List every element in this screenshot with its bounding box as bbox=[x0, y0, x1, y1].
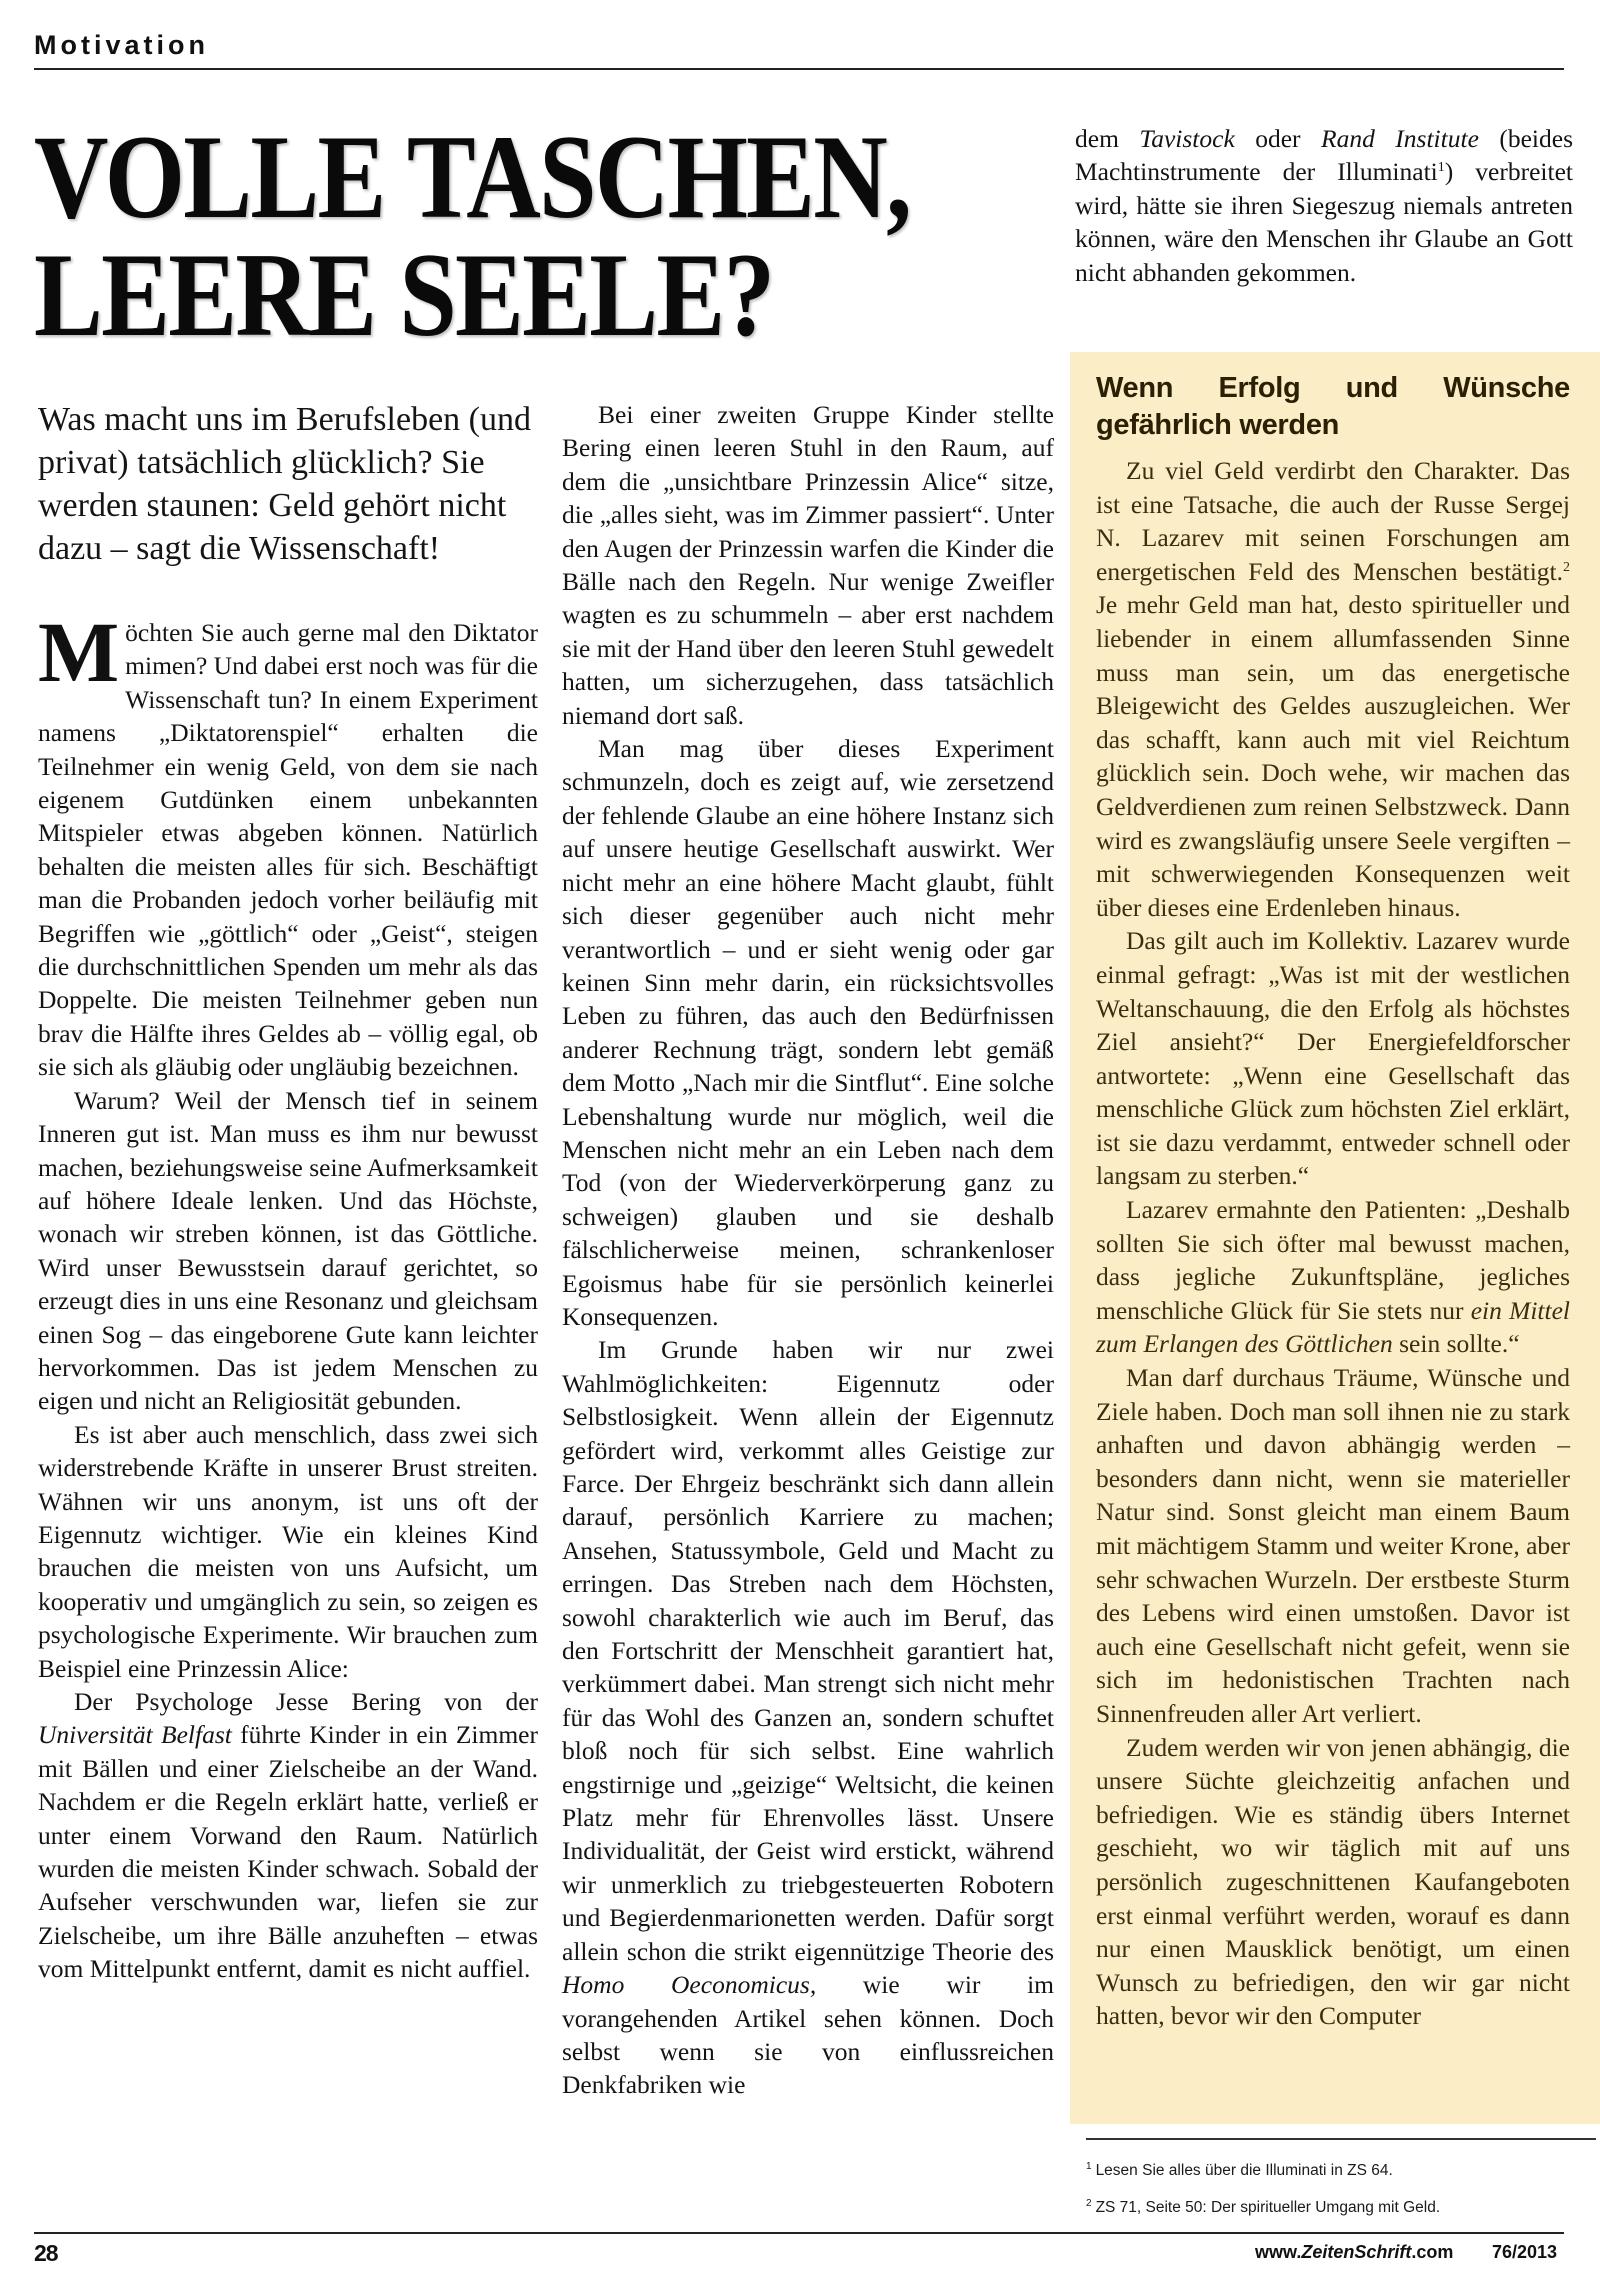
paragraph: Zu viel Geld verdirbt den Charakter. Das… bbox=[1096, 454, 1570, 924]
column-3-continuation: dem Tavistock oder Rand Institute (beide… bbox=[1075, 122, 1573, 289]
italic-text: Rand Institute bbox=[1321, 124, 1479, 153]
paragraph: Der Psychologe Jesse Bering von der Univ… bbox=[38, 1685, 538, 1986]
headline-line-1: VOLLE TASCHEN, bbox=[34, 118, 894, 236]
brand-name: ZeitenSchrift bbox=[1301, 2242, 1411, 2262]
paragraph: Zudem werden wir von jenen abhängig, die… bbox=[1096, 1731, 1570, 2033]
text: sein sollte.“ bbox=[1393, 1329, 1520, 1358]
footnote-divider bbox=[1086, 2138, 1596, 2140]
headline: VOLLE TASCHEN, LEERE SEELE? bbox=[34, 118, 894, 354]
text: führte Kinder in ein Zimmer mit Bällen u… bbox=[38, 1720, 538, 1983]
text: www. bbox=[1255, 2242, 1301, 2262]
sidebar-box: Wenn Erfolg und Wünsche gefährlich werde… bbox=[1070, 352, 1600, 2124]
sidebar-title: Wenn Erfolg und Wünsche gefährlich werde… bbox=[1096, 370, 1570, 444]
text: Je mehr Geld man hat, desto spiritueller… bbox=[1096, 590, 1570, 921]
text: Der Psychologe Jesse Bering von der bbox=[74, 1687, 538, 1716]
drop-cap: M bbox=[38, 620, 119, 684]
bottom-divider bbox=[34, 2232, 1564, 2234]
text: Im Grunde haben wir nur zwei Wahlmöglich… bbox=[562, 1335, 1054, 1965]
section-label: Motivation bbox=[34, 30, 209, 61]
text: .com bbox=[1411, 2242, 1453, 2262]
lede: Was macht uns im Berufsleben (und privat… bbox=[38, 398, 538, 570]
text: oder bbox=[1235, 124, 1321, 153]
footnote-1: 1Lesen Sie alles über die Illuminati in … bbox=[1086, 2150, 1596, 2187]
paragraph: Das gilt auch im Kollektiv. Lazarev wurd… bbox=[1096, 924, 1570, 1193]
italic-text: Homo Oeconomicus, bbox=[562, 1970, 816, 1999]
footnotes: 1Lesen Sie alles über die Illuminati in … bbox=[1086, 2150, 1596, 2224]
paragraph: Warum? Weil der Mensch tief in seinem In… bbox=[38, 1084, 538, 1418]
top-divider bbox=[34, 68, 1564, 70]
footnote-text: Lesen Sie alles über die Illuminati in Z… bbox=[1096, 2162, 1393, 2179]
paragraph: Möchten Sie auch gerne mal den Diktator … bbox=[38, 616, 538, 1084]
paragraph: Man darf durchaus Träume, Wünsche und Zi… bbox=[1096, 1361, 1570, 1731]
column-2: Bei einer zweiten Gruppe Kinder stellte … bbox=[562, 398, 1054, 2102]
column-1: Was macht uns im Berufsleben (und privat… bbox=[38, 398, 538, 1986]
paragraph: Es ist aber auch menschlich, dass zwei s… bbox=[38, 1418, 538, 1685]
website-link[interactable]: www.ZeitenSchrift.com bbox=[1255, 2242, 1453, 2263]
paragraph: dem Tavistock oder Rand Institute (beide… bbox=[1075, 122, 1573, 289]
paragraph: Man mag über dieses Experiment schmunzel… bbox=[562, 732, 1054, 1333]
sidebar-content: Wenn Erfolg und Wünsche gefährlich werde… bbox=[1096, 370, 1570, 2033]
footnote-number: 2 bbox=[1086, 2198, 1092, 2209]
italic-text: Universität Belfast bbox=[38, 1720, 232, 1749]
issue-number: 76/2013 bbox=[1492, 2242, 1557, 2263]
text: Zu viel Geld verdirbt den Charakter. Das… bbox=[1096, 456, 1570, 586]
text: dem bbox=[1075, 124, 1139, 153]
paragraph: Im Grunde haben wir nur zwei Wahlmöglich… bbox=[562, 1333, 1054, 2101]
footnote-number: 1 bbox=[1086, 2161, 1092, 2172]
footnote-ref-1[interactable]: 1 bbox=[1438, 160, 1445, 175]
footnote-2: 2ZS 71, Seite 50: Der spiritueller Umgan… bbox=[1086, 2187, 1596, 2224]
footnote-text: ZS 71, Seite 50: Der spiritueller Umgang… bbox=[1096, 2199, 1441, 2216]
headline-line-2: LEERE SEELE? bbox=[34, 236, 894, 354]
paragraph: Bei einer zweiten Gruppe Kinder stellte … bbox=[562, 398, 1054, 732]
italic-text: Tavistock bbox=[1139, 124, 1234, 153]
footnote-ref-2[interactable]: 2 bbox=[1563, 560, 1570, 575]
page-number: 28 bbox=[34, 2240, 58, 2267]
paragraph: Lazarev ermahnte den Patienten: „Deshalb… bbox=[1096, 1193, 1570, 1361]
